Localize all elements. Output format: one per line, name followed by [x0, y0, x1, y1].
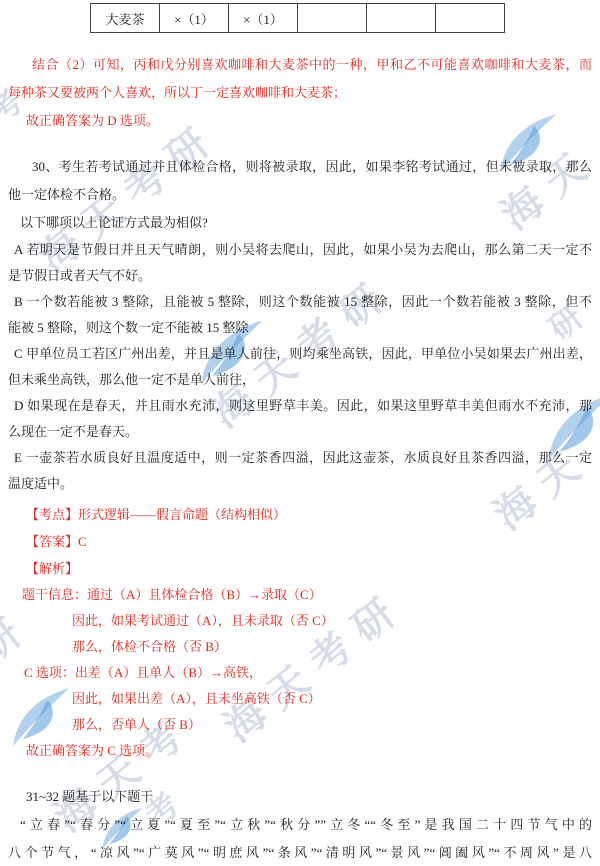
question-31-32-body-line: “立春”“春分”“立夏”“夏至”“立秋”“秋分””立冬““冬至”是我国二十四节气… [8, 811, 592, 839]
option-a-line: A 若明天是节假日并且天气晴朗，则小吴将去爬山，因此，如果小吴为去爬山，那么第二… [8, 237, 592, 263]
conclusion-29-line: 每种茶又要被两个人喜欢，所以丁一定喜欢咖啡和大麦茶； [8, 79, 592, 107]
document-page: 大麦茶 ×（1） ×（1） 结合（2）可知，丙和戊分别喜欢咖啡和大麦茶中的一种，… [0, 3, 600, 866]
table-cell: ×（1） [229, 4, 298, 33]
option-b-line: 能被 5 整除，则这个数一定不能被 15 整除 [8, 315, 592, 341]
question-30-stem-line: 他一定体检不合格。 [8, 181, 592, 209]
table-cell [298, 4, 367, 33]
analysis-answer: 【答案】C [8, 528, 592, 555]
answer-table: 大麦茶 ×（1） ×（1） [90, 3, 505, 33]
option-c-line: 但未乘坐高铁，那么他一定不是单人前往， [8, 367, 592, 393]
analysis-line: 那么，体检不合格（否 B） [8, 634, 592, 660]
conclusion-29-line: 结合（2）可知，丙和戊分别喜欢咖啡和大麦茶中的一种，甲和乙不可能喜欢咖啡和大麦茶… [8, 51, 592, 79]
analysis-line: C 选项：出差（A）且单人（B）→高铁， [8, 660, 592, 686]
analysis-line: 那么，否单人（否 B） [8, 712, 592, 738]
option-e-line: E 一壶茶若水质良好且温度适中，则一定茶香四溢，因此这壶茶，水质良好且茶香四溢，… [8, 445, 592, 471]
table-cell [436, 4, 505, 33]
option-e-line: 温度适中。 [8, 471, 592, 497]
table-cell [367, 4, 436, 33]
option-d-line: 么现在一定不是春天。 [8, 419, 592, 445]
analysis-line: 因此，如果考试通过（A），且未录取（否 C） [8, 608, 592, 634]
analysis-line: 因此，如果出差（A），且未坐高铁（否 C） [8, 686, 592, 712]
question-31-32-heading: 31~32 题基于以下题干 [8, 783, 592, 811]
table-cell: ×（1） [160, 4, 229, 33]
conclusion-29-answer: 故正确答案为 D 选项。 [8, 107, 592, 135]
analysis-line: 题干信息：通过（A）且体检合格（B）→录取（C） [8, 582, 592, 608]
question-31-32-body-line: 八个节气，“凉风”“广莫风”“明庶风”“条风”“清明风”“景风”“阊阖风”“不周… [8, 839, 592, 866]
option-a-line: 是节假日或者天气不好。 [8, 263, 592, 289]
analysis-conclusion: 故正确答案为 C 选项。 [8, 738, 592, 764]
table-cell: 大麦茶 [91, 4, 160, 33]
option-c-line: C 甲单位员工若区广州出差，并且是单人前往，则均乘坐高铁，因此，甲单位小吴如果去… [8, 341, 592, 367]
option-d-line: D 如果现在是春天，并且雨水充沛，则这里野草丰美。因此，如果这里野草丰美但雨水不… [8, 393, 592, 419]
analysis-kaodian: 【考点】形式逻辑——假言命题（结构相似） [8, 501, 592, 528]
question-30-stem-line: 30、考生若考试通过并且体检合格，则将被录取，因此，如果李铭考试通过，但未被录取… [8, 153, 592, 181]
option-b-line: B 一个数若能被 3 整除，且能被 5 整除，则这个数能被 15 整除，因此一个… [8, 289, 592, 315]
analysis-jiexi-label: 【解析】 [8, 555, 592, 582]
table-row: 大麦茶 ×（1） ×（1） [91, 4, 505, 33]
question-30-prompt: 以下哪项以上论证方式最为相似? [8, 209, 592, 237]
